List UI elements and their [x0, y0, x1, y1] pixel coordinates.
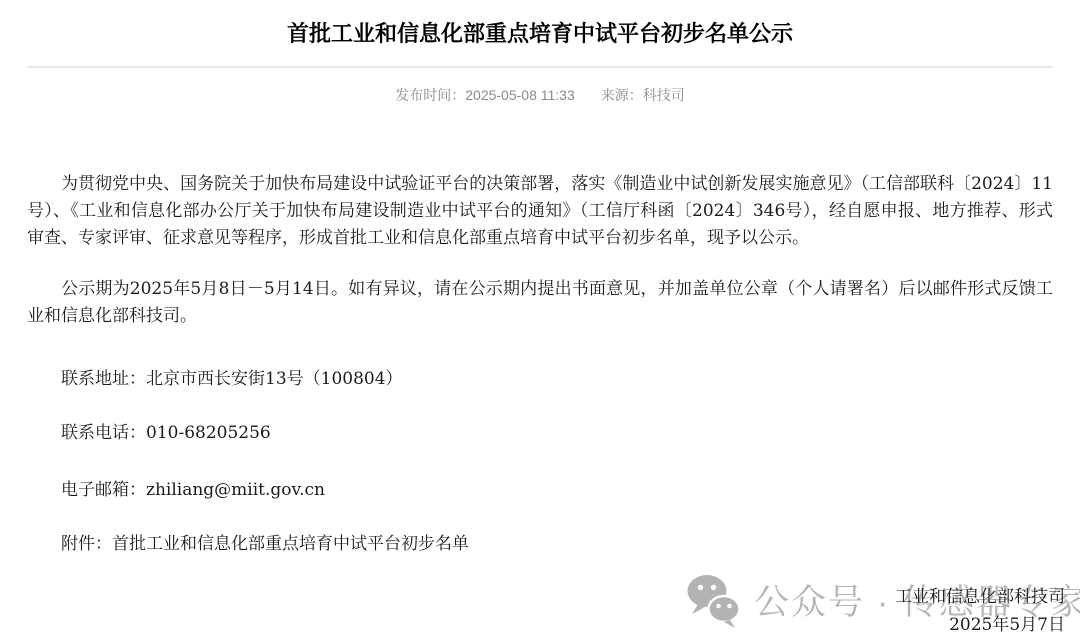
title-divider — [27, 66, 1053, 68]
page-title: 首批工业和信息化部重点培育中试平台初步名单公示 — [0, 0, 1080, 48]
announcement-page: 首批工业和信息化部重点培育中试平台初步名单公示 发布时间：2025-05-08 … — [0, 0, 1080, 639]
article-body: 为贯彻党中央、国务院关于加快布局建设中试验证平台的决策部署，落实《制造业中试创新… — [0, 171, 1080, 639]
attachment-link[interactable]: 附件：首批工业和信息化部重点培育中试平台初步名单 — [27, 531, 1053, 558]
contact-address: 联系地址：北京市西长安街13号（100804） — [27, 366, 1053, 393]
paragraph-intro: 为贯彻党中央、国务院关于加快布局建设中试验证平台的决策部署，落实《制造业中试创新… — [27, 171, 1053, 252]
signature-org: 工业和信息化部科技司 — [27, 583, 1065, 611]
publish-time-label: 发布时间： — [395, 87, 465, 103]
contact-phone: 联系电话：010-68205256 — [27, 420, 1053, 447]
publish-meta: 发布时间：2025-05-08 11:33来源：科技司 — [0, 85, 1080, 105]
signature-date: 2025年5月7日 — [27, 611, 1065, 639]
contact-email: 电子邮箱：zhiliang@miit.gov.cn — [27, 477, 1053, 504]
source-label: 来源： — [601, 87, 643, 103]
paragraph-notice-period: 公示期为2025年5月8日－5月14日。如有异议，请在公示期内提出书面意见，并加… — [27, 276, 1053, 330]
source-value: 科技司 — [643, 87, 685, 103]
signature-block: 工业和信息化部科技司 2025年5月7日 — [27, 583, 1065, 639]
publish-time-value: 2025-05-08 11:33 — [465, 87, 575, 103]
